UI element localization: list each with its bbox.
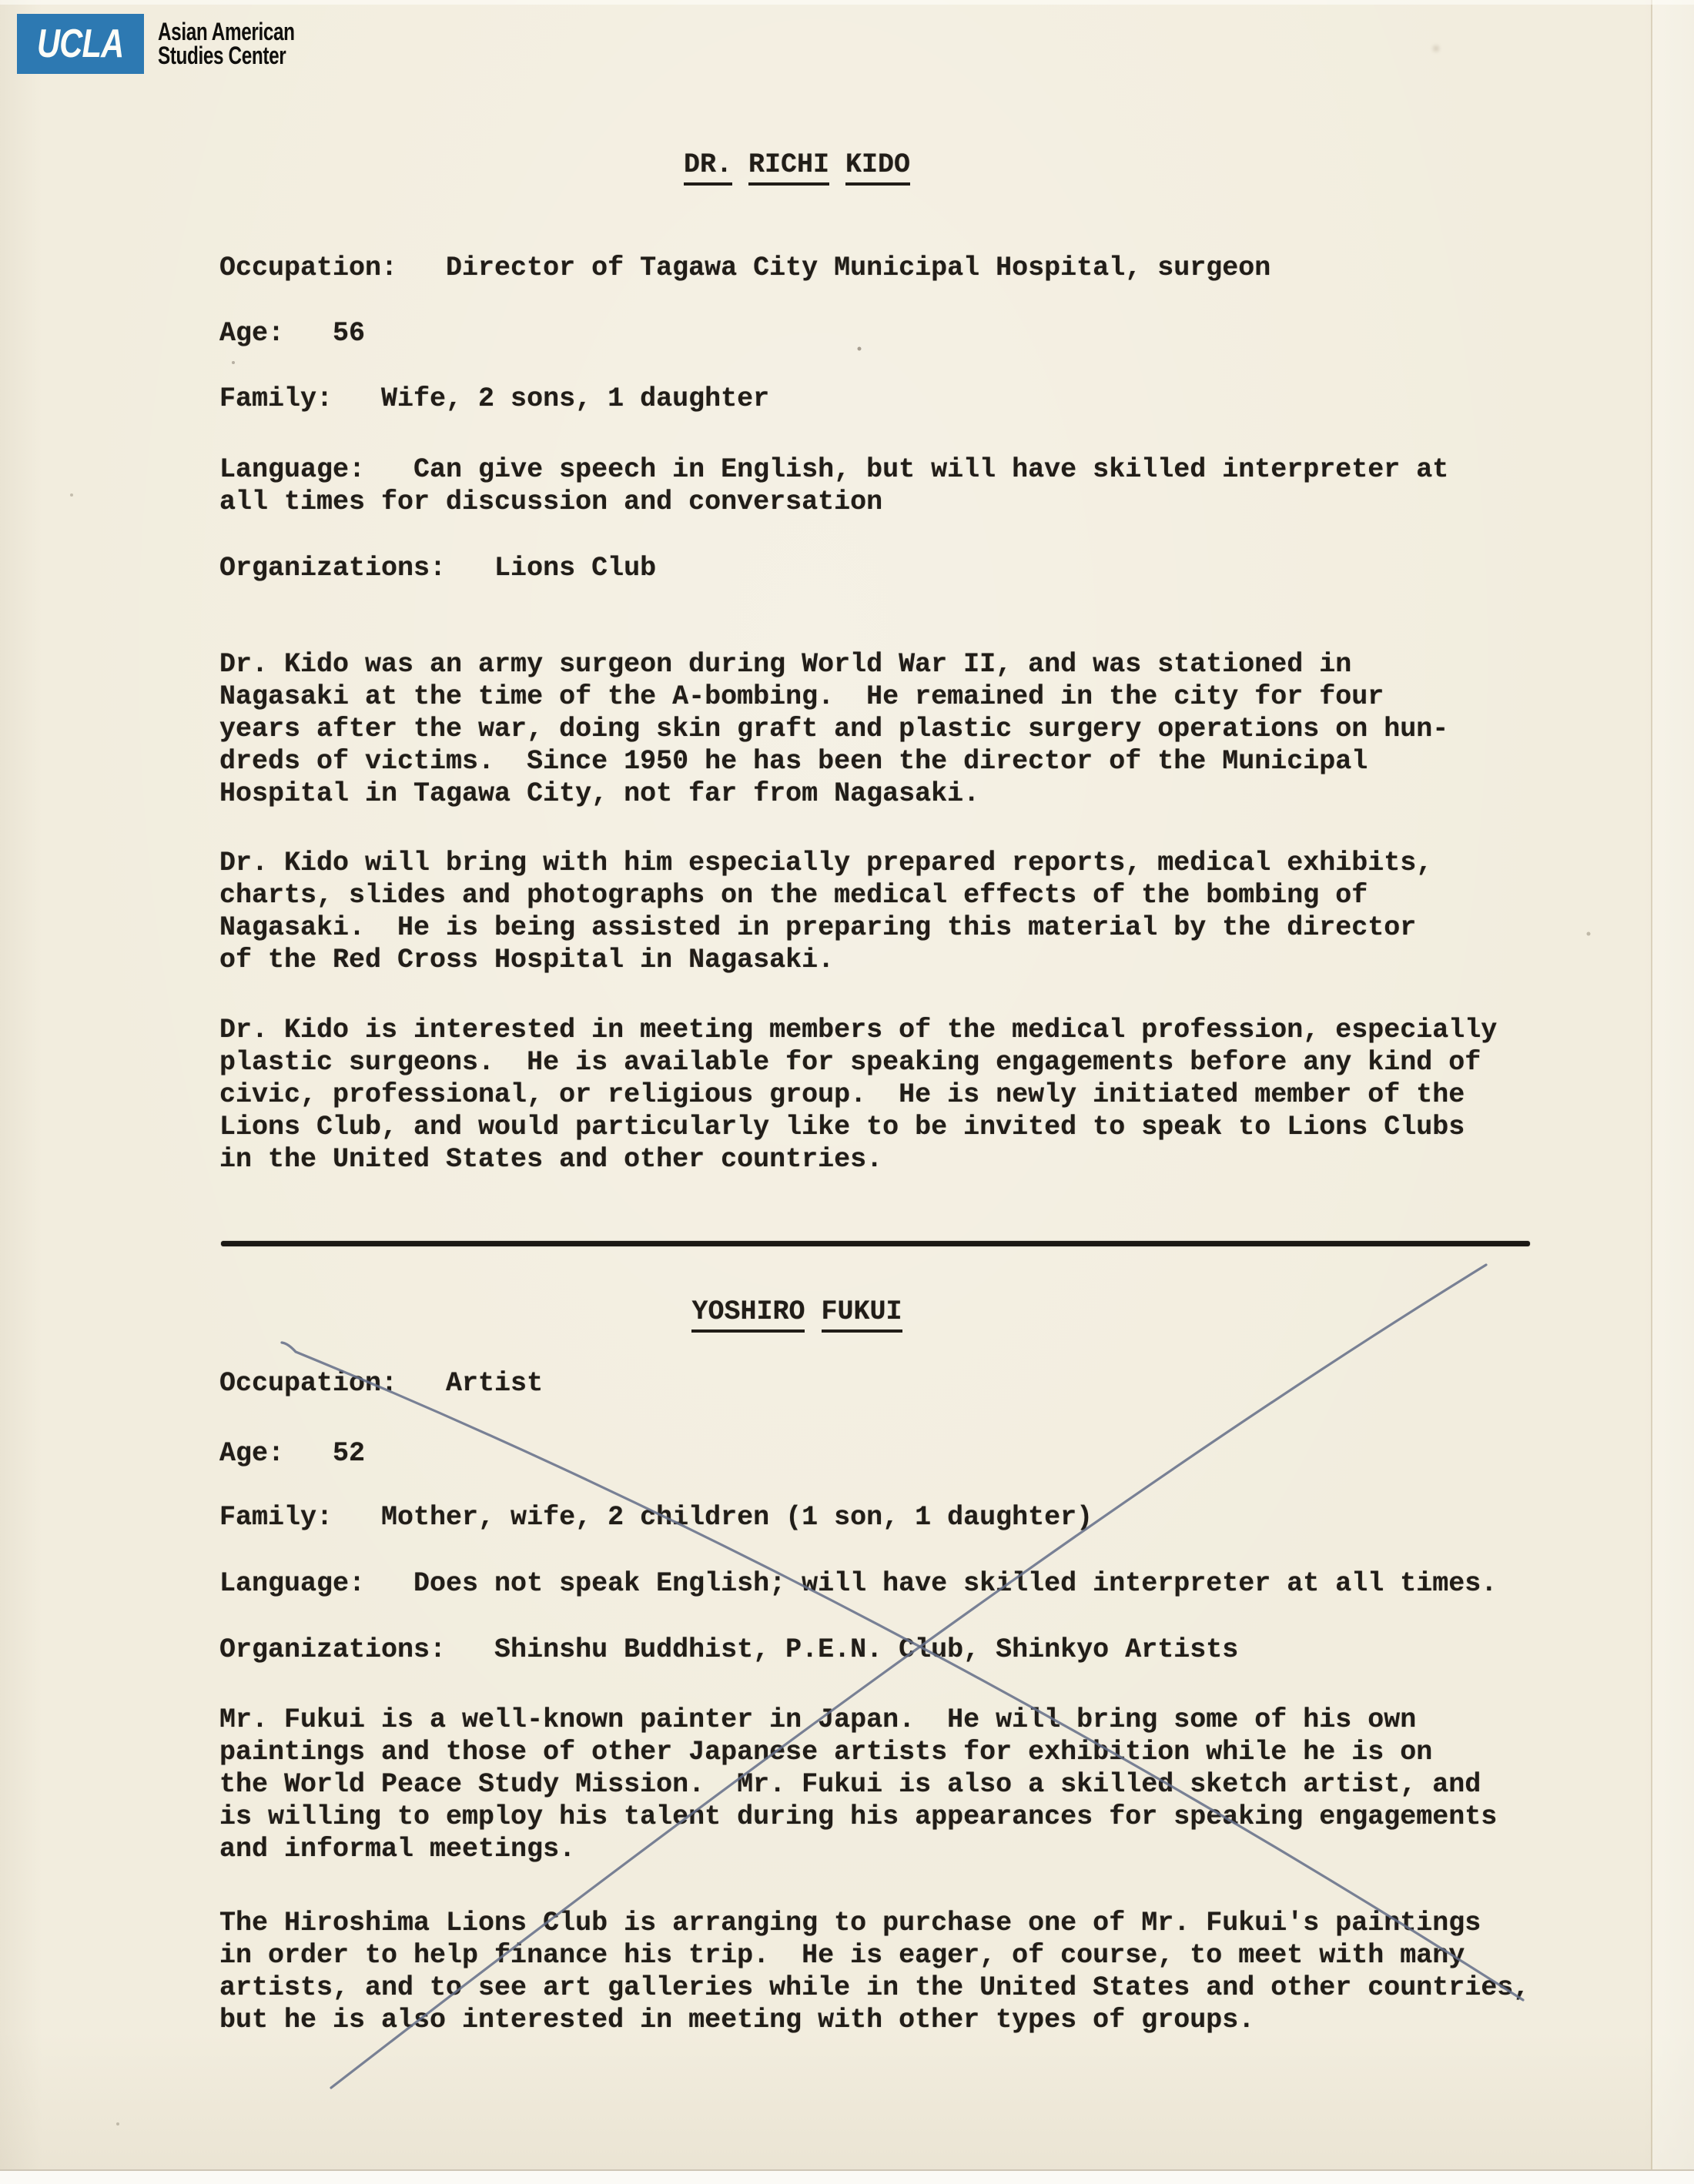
title-word: RICHI xyxy=(748,149,829,186)
field-organizations-1: Organizations: Lions Club xyxy=(219,552,656,584)
title-word: FUKUI xyxy=(822,1296,902,1333)
field-occupation-1: Occupation: Director of Tagawa City Muni… xyxy=(219,252,1270,284)
paragraph-kido-2: Dr. Kido will bring with him especially … xyxy=(219,847,1432,976)
scan-edge-bottom xyxy=(0,2169,1694,2184)
org-name-line2: Studies Center xyxy=(158,44,295,68)
field-age-2: Age: 52 xyxy=(219,1437,365,1470)
field-age-1: Age: 56 xyxy=(219,317,365,350)
typed-divider-line xyxy=(221,1241,1530,1246)
crossout-stroke-down-right xyxy=(282,1343,1523,2000)
paragraph-fukui-1: Mr. Fukui is a well-known painter in Jap… xyxy=(219,1704,1497,1865)
field-family-1: Family: Wife, 2 sons, 1 daughter xyxy=(219,383,769,415)
section2-title: YOSHIRO FUKUI xyxy=(219,1296,1374,1328)
paragraph-fukui-2: The Hiroshima Lions Club is arranging to… xyxy=(219,1907,1529,2036)
title-word: YOSHIRO xyxy=(691,1296,805,1333)
paper-specks xyxy=(0,0,2,2)
scan-edge-top xyxy=(0,0,1694,5)
field-language-2: Language: Does not speak English; will h… xyxy=(219,1567,1497,1600)
field-family-2: Family: Mother, wife, 2 children (1 son,… xyxy=(219,1501,1093,1533)
paragraph-kido-1: Dr. Kido was an army surgeon during Worl… xyxy=(219,648,1448,810)
field-language-1: Language: Can give speech in English, bu… xyxy=(219,453,1448,518)
paragraph-kido-3: Dr. Kido is interested in meeting member… xyxy=(219,1014,1497,1176)
scanned-document-page: UCLA Asian American Studies Center DR. R… xyxy=(0,0,1694,2184)
paper-crease-line xyxy=(1651,0,1652,2169)
ucla-logo-text: UCLA xyxy=(37,24,123,64)
title-word: KIDO xyxy=(845,149,910,186)
org-name: Asian American Studies Center xyxy=(158,20,295,68)
section1-title: DR. RICHI KIDO xyxy=(219,149,1374,181)
title-word: DR. xyxy=(684,149,732,186)
org-name-line1: Asian American xyxy=(158,20,295,44)
paper-edge-band xyxy=(1652,0,1694,2169)
field-organizations-2: Organizations: Shinshu Buddhist, P.E.N. … xyxy=(219,1634,1238,1666)
field-occupation-2: Occupation: Artist xyxy=(219,1367,543,1400)
ucla-logo-box: UCLA xyxy=(17,14,144,74)
